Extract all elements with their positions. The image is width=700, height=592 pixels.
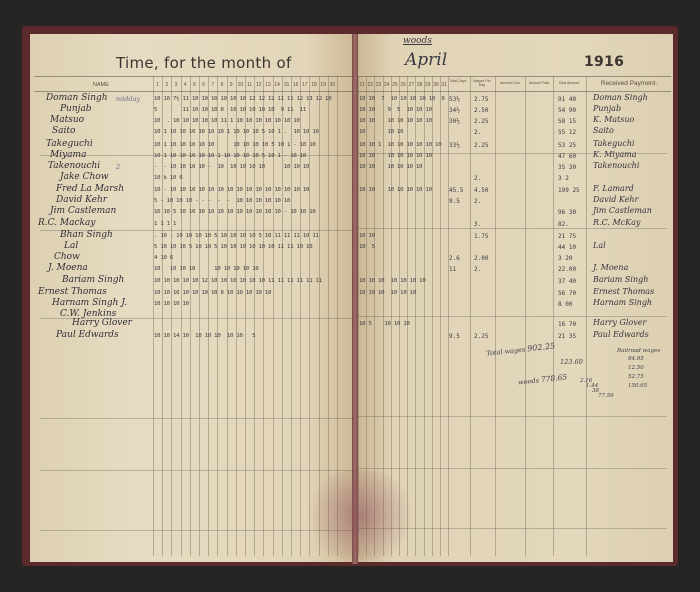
- column-header-total-amount: Total Amount: [554, 81, 584, 85]
- day-header: 20: [328, 82, 337, 88]
- daily-hours-left: 10 1 10 10 10 10 10 1 10 10 10 10 5 10 1…: [154, 153, 306, 159]
- day-column-rule: [236, 76, 237, 556]
- day-column-rule: [254, 76, 255, 556]
- day-header: 17: [300, 82, 309, 88]
- total-amount: 8 00: [558, 301, 572, 308]
- day-column-rule: [263, 76, 264, 556]
- section-rule: [40, 418, 354, 419]
- day-header: 22: [366, 82, 374, 88]
- water-stain: [300, 470, 420, 560]
- received-payment-signature: Doman Singh: [593, 93, 648, 102]
- row-note: 2: [116, 163, 120, 171]
- total-amount: 47 60: [558, 153, 576, 160]
- received-payment-signature: Ernest Thomas: [593, 287, 654, 296]
- column-header-wages: Wages Per Day: [471, 79, 493, 87]
- day-header: 15: [282, 82, 291, 88]
- day-column-rule: [199, 76, 200, 556]
- total-days: 9.5: [449, 198, 460, 205]
- wage-per-day: 2.25: [474, 118, 488, 125]
- day-header: 10: [236, 82, 245, 88]
- daily-hours-left: 10 . 10 10 10 10 10 11 1 10 10 10 10 10 …: [154, 118, 300, 124]
- employee-name: Paul Edwards: [56, 330, 119, 340]
- daily-hours-right: 10 10 1 10 10 10 10 10 10: [359, 142, 441, 148]
- day-header: 28: [415, 82, 423, 88]
- day-header: 11: [245, 82, 254, 88]
- total-days: 45.5: [449, 187, 463, 194]
- daily-hours-left: 16 10 5 10 10 10 10 10 10 10 10 10 10 10…: [154, 209, 316, 215]
- day-header: 21: [358, 82, 366, 88]
- total-days: 33½: [449, 142, 460, 149]
- employee-name: Matsuo: [50, 115, 84, 125]
- day-header: 26: [399, 82, 407, 88]
- total-amount: 3 20: [558, 255, 572, 262]
- received-payment-signature: R.C. McKay: [593, 218, 640, 227]
- employee-name: R.C. Mackay: [38, 218, 95, 228]
- total-amount: 53 25: [558, 142, 576, 149]
- total-amount: 35 30: [558, 164, 576, 171]
- daily-hours-left: 4 10 6: [154, 255, 173, 261]
- day-column-rule: [424, 76, 425, 556]
- employee-name: David Kehr: [56, 195, 107, 205]
- column-header-received-payment: Received Payment.: [588, 80, 670, 87]
- total-amount: 54 90: [558, 107, 576, 114]
- amount-column-rule: [553, 76, 554, 556]
- wage-per-day: 2.25: [474, 142, 488, 149]
- received-payment-signature: Takenouchi: [593, 161, 639, 170]
- received-payment-signature: J. Moena: [593, 263, 628, 272]
- wage-per-day: 2.: [474, 129, 481, 136]
- employee-name: Takenouchi: [48, 161, 100, 171]
- employee-name: Takeguchi: [46, 139, 93, 149]
- total-amount: 91 40: [558, 96, 576, 103]
- day-column-rule: [291, 76, 292, 556]
- day-column-rule: [162, 76, 163, 556]
- amount-column-rule: [495, 76, 496, 556]
- daily-hours-left: - - 10 10 10 10 - 10 10 10 10 10 10 10 1…: [154, 164, 309, 170]
- day-column-rule: [273, 76, 274, 556]
- total-amount: 96 30: [558, 209, 576, 216]
- daily-hours-left: 10 10 10 10 10 12 10 10 10 10 10 10 11 1…: [154, 278, 322, 284]
- received-payment-signature: Harnam Singh: [593, 298, 652, 307]
- total-amount: 3 2: [558, 175, 569, 182]
- column-header-name: NAME: [86, 82, 116, 88]
- day-header: 5: [190, 82, 199, 88]
- day-header: 13: [263, 82, 272, 88]
- amount-column-rule: [470, 76, 471, 556]
- received-payment-signature: Paul Edwards: [593, 330, 649, 339]
- wage-per-day: 2.75: [474, 96, 488, 103]
- day-column-rule: [415, 76, 416, 556]
- daily-hours-left: 5 10 10 10 5 10 10 5 10 10 10 10 10 10 1…: [154, 244, 312, 250]
- day-header: 19: [319, 82, 328, 88]
- daily-hours-left: 10 10 10 10 10 10 10 10 10: [154, 266, 259, 272]
- daily-hours-left: 10 10 10 10: [154, 301, 189, 307]
- day-column-rule: [153, 76, 154, 556]
- column-header-amount-due: Amount Due: [496, 81, 524, 85]
- day-column-rule: [282, 76, 283, 556]
- daily-hours-left: 10 10 10 10 10 10 10 8 10 10 10 10 10: [154, 290, 271, 296]
- received-payment-signature: Jim Castleman: [593, 206, 652, 215]
- day-column-rule: [181, 76, 182, 556]
- daily-hours-right: 10 5 10 10 10: [359, 321, 410, 327]
- wage-per-day: 3.: [474, 221, 481, 228]
- employee-name: Ernest Thomas: [38, 287, 107, 297]
- total-amount: 21 35: [558, 333, 576, 340]
- employee-name: Chow: [54, 252, 80, 262]
- railroad-figure: 52.75: [628, 374, 644, 380]
- daily-hours-left: 10 k 10 6: [154, 175, 183, 181]
- calc-figure: 77.56: [598, 393, 614, 399]
- day-column-rule: [432, 76, 433, 556]
- railroad-figure: 150.65: [628, 383, 647, 389]
- wage-per-day: 2.: [474, 266, 481, 273]
- amount-column-rule: [525, 76, 526, 556]
- daily-hours-right: 10 10 10 10 10 10 10: [359, 153, 432, 159]
- daily-hours-right: 10 10 9 5 10 10 10: [359, 107, 432, 113]
- total-days: 34½: [449, 107, 460, 114]
- total-days: 11: [449, 266, 456, 273]
- header-rule: [34, 76, 354, 77]
- employee-name: Lal: [64, 241, 78, 251]
- employee-name: Saito: [52, 126, 75, 136]
- daily-hours-left: 10 10 14 10 10 10 10 10 10 5: [154, 333, 255, 339]
- day-column-rule: [407, 76, 408, 556]
- employee-name: Harnam Singh J.: [52, 298, 127, 308]
- employee-name: Fred La Marsh: [56, 184, 124, 194]
- daily-hours-left: . 10 - 10 10 10 10 5 10 10 10 10 5 10 11…: [154, 233, 319, 239]
- day-header: 12: [254, 82, 263, 88]
- day-header: 18: [309, 82, 318, 88]
- day-column-rule: [227, 76, 228, 556]
- total-amount: 16 70: [558, 321, 576, 328]
- received-payment-signature: Harry Glover: [593, 318, 646, 327]
- day-header: 25: [391, 82, 399, 88]
- day-column-rule: [217, 76, 218, 556]
- day-column-rule: [171, 76, 172, 556]
- total-amount: 55 12: [558, 129, 576, 136]
- daily-hours-right: 10 10 10 10 10 10: [359, 164, 422, 170]
- day-header: 23: [374, 82, 382, 88]
- employee-name: Doman Singh: [46, 93, 108, 103]
- daily-hours-left: 1 1 1 1: [154, 221, 176, 227]
- received-payment-signature: Takeguchi: [593, 139, 635, 148]
- daily-hours-left: 10 - 10 10 10 10 10 10 10 10 10 10 10 10…: [154, 187, 309, 193]
- day-header: 27: [407, 82, 415, 88]
- daily-hours-right: 10 10 10 10 10 10: [359, 290, 416, 296]
- railroad-figure: 12.50: [628, 365, 644, 371]
- header-rule: [357, 91, 671, 92]
- wage-per-day: 2.: [474, 198, 481, 205]
- header-rule: [357, 76, 671, 77]
- day-header: 1: [153, 82, 162, 88]
- received-payment-signature: Saito: [593, 126, 614, 135]
- day-header: 29: [424, 82, 432, 88]
- employee-name: Bariam Singh: [62, 275, 124, 285]
- day-header: 4: [181, 82, 190, 88]
- day-header: 14: [273, 82, 282, 88]
- railroad-wages-note: Railroad wages: [617, 348, 660, 354]
- received-payment-signature: K. Matsuo: [593, 115, 634, 124]
- total-days: 53½: [449, 96, 460, 103]
- section-rule: [357, 468, 667, 469]
- daily-hours-left: 10 1 10 10 10 10 10 10 10 10 10 5 10 1 -…: [154, 142, 316, 148]
- received-payment-signature: David Kehr: [593, 195, 638, 204]
- employee-name: Jim Castleman: [50, 206, 116, 216]
- daily-hours-right: 10 10 10 10 10 10 10: [359, 118, 432, 124]
- row-note: midday: [116, 95, 140, 103]
- daily-hours-left: 10 1 10 10 10 10 10 10 1 10 10 10 5 10 1…: [154, 129, 319, 135]
- day-header: 24: [383, 82, 391, 88]
- wage-per-day: 1.75: [474, 233, 488, 240]
- day-column-rule: [440, 76, 441, 556]
- day-header: 6: [199, 82, 208, 88]
- column-header-amount-paid: Amount Paid: [526, 81, 552, 85]
- total-amount: 21 75: [558, 233, 576, 240]
- received-payment-signature: F. Lamard: [593, 184, 634, 193]
- section-rule: [357, 228, 667, 229]
- total-amount: 56 70: [558, 290, 576, 297]
- employee-name: Miyama: [50, 150, 86, 160]
- daily-hours-left: 5 - 10 10 10 - - - - - 10 10 10 10 10 10: [154, 198, 290, 204]
- employee-name: Bhan Singh: [60, 230, 113, 240]
- day-column-rule: [190, 76, 191, 556]
- sub-value-note: 123.60: [560, 358, 583, 366]
- received-payment-signature: Bariam Singh: [593, 275, 648, 284]
- railroad-figure: 84.95: [628, 356, 644, 362]
- received-payment-signature: Punjab: [593, 104, 621, 113]
- wage-per-day: 2.25: [474, 333, 488, 340]
- day-column-rule: [208, 76, 209, 556]
- wage-per-day: 4.50: [474, 187, 488, 194]
- total-days: 2.6: [449, 255, 460, 262]
- employee-name: Jake Chow: [60, 172, 108, 182]
- received-payment-signature: K. Miyama: [593, 150, 636, 159]
- daily-hours-left: 10 10 7½ 11 10 10 10 10 10 10 12 12 12 1…: [154, 96, 331, 102]
- day-header: 2: [162, 82, 171, 88]
- wage-per-day: 2.: [474, 175, 481, 182]
- day-column-rule: [300, 76, 301, 556]
- column-header-total-days: Total Days: [447, 79, 469, 83]
- total-amount: 22.00: [558, 266, 576, 273]
- section-rule: [357, 416, 667, 417]
- day-header: 9: [227, 82, 236, 88]
- section-rule: [40, 470, 354, 471]
- header-rule: [34, 91, 354, 92]
- daily-hours-right: 10 10 10: [359, 129, 403, 135]
- total-amount: 44 10: [558, 244, 576, 251]
- daily-hours-right: 10 10 10 10 10 10 10: [359, 187, 432, 193]
- section-rule: [357, 316, 667, 317]
- employee-name: J. Moena: [48, 263, 88, 273]
- day-header: 30: [432, 82, 440, 88]
- daily-hours-right: 10 10 10 10 10 10 10: [359, 278, 426, 284]
- daily-hours-right: 10 10: [359, 233, 375, 239]
- employee-name: Punjab: [60, 104, 92, 114]
- day-header: 3: [171, 82, 180, 88]
- day-header: 7: [208, 82, 217, 88]
- amount-column-rule: [586, 76, 587, 556]
- daily-hours-right: 10 10 7 10 10 10 10 10 9: [359, 96, 445, 102]
- employee-name: Harry Glover: [72, 318, 132, 328]
- daily-hours-right: 10 5: [359, 244, 375, 250]
- day-column-rule: [309, 76, 310, 556]
- daily-hours-left: 5 11 10 10 10 8 10 10 10 10 10 9 11 11: [154, 107, 306, 113]
- total-amount: 82.: [558, 221, 569, 228]
- total-amount: 37 40: [558, 278, 576, 285]
- day-header: 16: [291, 82, 300, 88]
- total-amount: 58 15: [558, 118, 576, 125]
- wage-per-day: 2.50: [474, 107, 488, 114]
- total-days: 30½: [449, 118, 460, 125]
- day-column-rule: [245, 76, 246, 556]
- received-payment-signature: Lal: [593, 241, 606, 250]
- wage-per-day: 2.00: [474, 255, 488, 262]
- total-amount: 199 25: [558, 187, 580, 194]
- total-days: 9.5: [449, 333, 460, 340]
- day-header: 8: [217, 82, 226, 88]
